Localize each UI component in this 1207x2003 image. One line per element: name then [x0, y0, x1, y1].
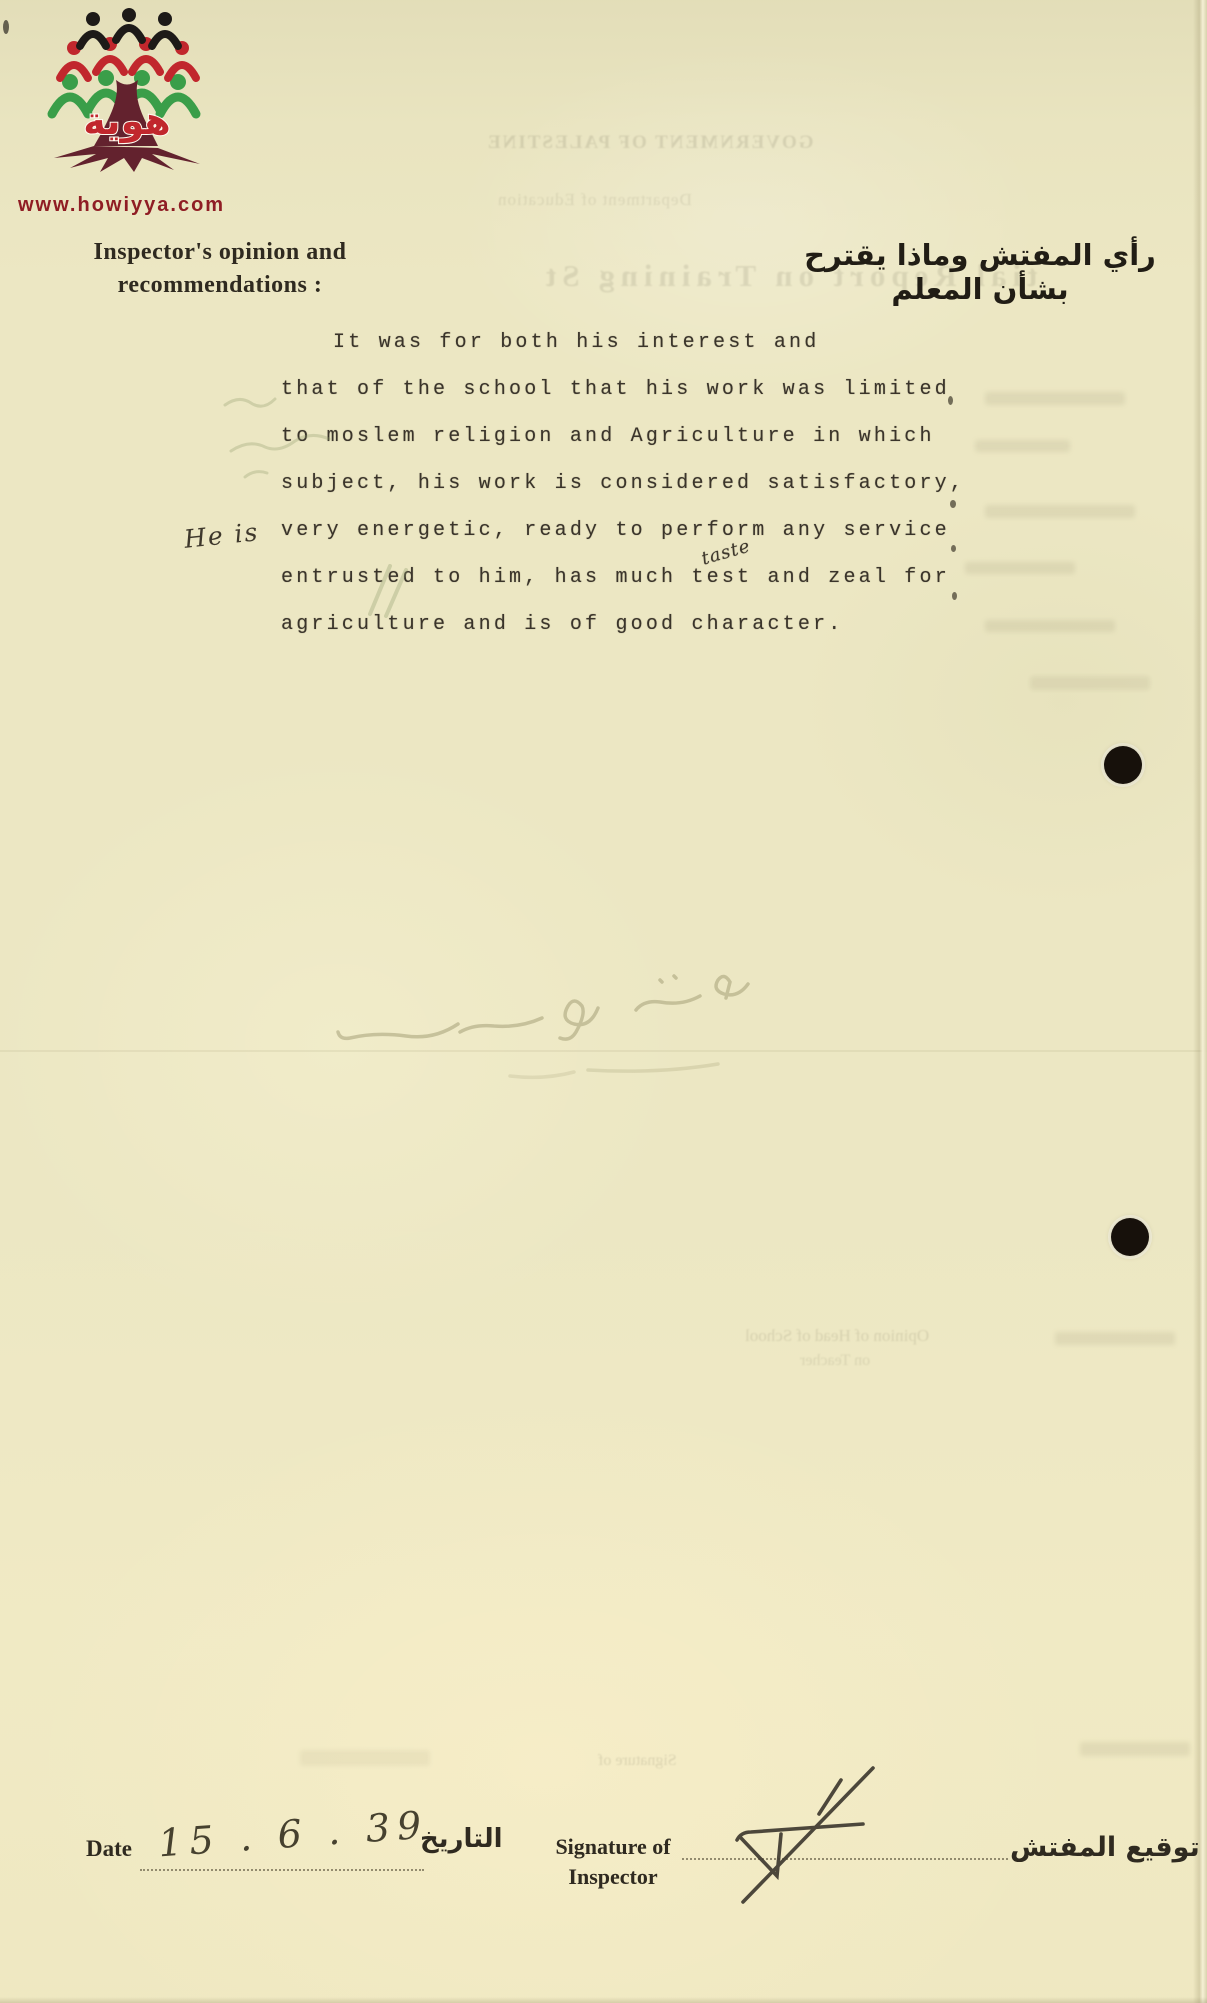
- signature-label-line2: Inspector: [548, 1862, 678, 1892]
- ghost-smudge: [985, 505, 1135, 518]
- date-label-arabic: التاريخ: [420, 1824, 503, 1854]
- signature-label-arabic: توقيع المفتش: [1010, 1832, 1200, 1863]
- inspector-opinion-heading-arabic: رأي المفتش وماذا يقترح بشأن المعلم: [800, 238, 1160, 306]
- watermark-url: www.howiyya.com: [18, 194, 238, 217]
- signature-of-inspector-label: Signature of Inspector: [548, 1832, 678, 1892]
- typed-line: that of the school that his work was lim…: [281, 378, 1001, 425]
- ghost-smudge: [1080, 1742, 1190, 1756]
- typed-line: subject, his work is considered satisfac…: [281, 472, 1001, 519]
- paper-right-edge: [1193, 0, 1207, 2003]
- typed-line-segment: entrusted to him, has much: [281, 566, 691, 589]
- ghost-smudge: [985, 392, 1125, 405]
- ghost-smudge: [1055, 1332, 1175, 1345]
- logo-roots: [54, 146, 200, 172]
- typed-line-segment: and zeal for: [752, 566, 950, 589]
- typed-line: agriculture and is of good character.: [281, 613, 1001, 660]
- date-label: Date: [86, 1836, 132, 1862]
- signature-label-line1: Signature of: [548, 1832, 678, 1862]
- scanned-document-page: هوية www.howiyya.com GOVERNMENT OF PALES…: [0, 0, 1207, 2003]
- ghost-opinion-line2: on Teacher: [800, 1352, 870, 1370]
- paper-bottom-edge: [0, 1997, 1207, 2003]
- howiyya-logo: هوية: [24, 6, 236, 174]
- handwritten-he-is: He is: [183, 517, 261, 554]
- ghost-opinion-line1: Opinion of Head of School: [745, 1326, 929, 1346]
- date-line: [140, 1869, 424, 1871]
- ghost-smudge: [1030, 676, 1150, 690]
- handwritten-date: 15 . 6 . 39: [157, 1803, 430, 1866]
- typed-line: to moslem religion and Agriculture in wh…: [281, 425, 1001, 472]
- punch-hole-bottom: [1111, 1218, 1149, 1256]
- ghost-smudge: [985, 620, 1115, 632]
- ghost-arabic-handwriting: [330, 952, 770, 1082]
- punch-hole-top: [1104, 746, 1142, 784]
- ghost-smudge: [300, 1750, 430, 1766]
- faint-pencil-squiggle: [215, 385, 355, 495]
- paper-speck: [3, 20, 9, 34]
- typed-line: It was for both his interest and: [281, 331, 1001, 378]
- inspector-opinion-heading: Inspector's opinion and recommendations …: [70, 236, 370, 302]
- inspector-signature: [715, 1762, 905, 1912]
- heading-line-1: Inspector's opinion and: [70, 236, 370, 269]
- ghost-government-text: GOVERNMENT OF PALESTINE: [486, 132, 814, 154]
- logo-calligraphy: هوية: [83, 99, 171, 143]
- heading-line-2: recommendations :: [70, 269, 370, 302]
- ghost-department-text: Department of Education: [497, 190, 692, 210]
- corrected-word: testtaste: [691, 566, 752, 589]
- typed-word-test: test: [691, 566, 752, 589]
- faint-pencil-marks: [356, 556, 426, 620]
- ghost-signature-label: Signature of: [598, 1752, 677, 1770]
